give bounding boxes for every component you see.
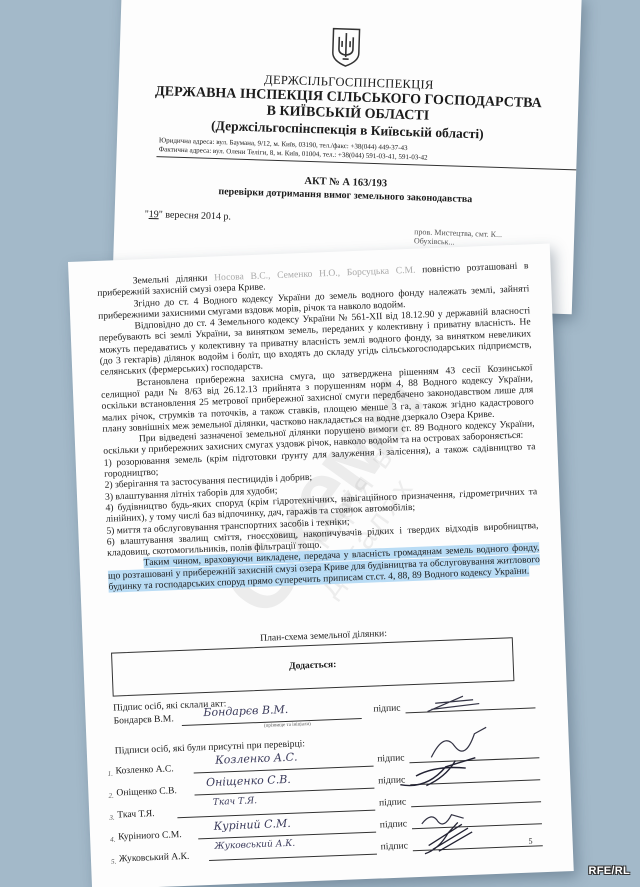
person-name: Оніщенко С.В.: [116, 785, 177, 798]
handwriting: Козленко А.С.: [215, 751, 298, 767]
name-line: [209, 854, 377, 861]
document-page-5: Схеми Історія в деталях Земельні ділянки…: [68, 243, 574, 887]
plan-box-text: Додається:: [113, 652, 513, 678]
handwriting: Жуковський А.К.: [214, 839, 295, 852]
date-day: 19: [149, 209, 159, 220]
signature-scribble-icon: [423, 691, 484, 715]
name-line: [195, 788, 375, 796]
handwriting: Оніщенко С.В.: [206, 773, 291, 789]
rfe-rl-logo: RFE/RL: [588, 865, 630, 877]
name-caption: (прізвище та ініціали): [264, 722, 311, 729]
person-name: Куріниого С.М.: [118, 829, 182, 842]
person-name: Жуковський А.К.: [119, 851, 190, 865]
signature-line: [411, 801, 541, 807]
signature-label: підпис: [380, 840, 408, 852]
body-text: Земельні ділянки Носова В.С., Семенко Н.…: [97, 260, 541, 593]
row-number: 1.: [108, 770, 114, 778]
page-number: 5: [528, 837, 532, 846]
handwriting: Ткач Т.Я.: [213, 796, 258, 808]
signature-scribble-icon: [418, 818, 479, 860]
act-date: "19" вересня 2014 р.: [144, 209, 231, 223]
row-number: 5.: [111, 858, 117, 866]
signature-label: підпис: [373, 703, 401, 715]
date-rest: вересня 2014 р.: [163, 209, 231, 222]
trident-coat-of-arms-icon: [329, 27, 362, 68]
person-name: Козленко А.С.: [115, 763, 174, 776]
redacted-names: Носова В.С., Семенко Н.О., Борсуцька С.М…: [214, 265, 416, 284]
row-number: 4.: [110, 836, 116, 844]
signature-label: підпис: [380, 818, 408, 830]
compiler-name: Бондарєв В.М.: [113, 713, 174, 726]
compiler-handwriting: Бондарєв В.М.: [203, 703, 288, 719]
row-number: 3.: [109, 814, 115, 822]
person-name: Ткач Т.Я.: [117, 808, 155, 820]
row-number: 2.: [108, 792, 114, 800]
signature-scribble-icon: [395, 753, 486, 792]
handwriting: Куріний С.М.: [214, 817, 291, 833]
signature-label: підпис: [379, 796, 407, 808]
